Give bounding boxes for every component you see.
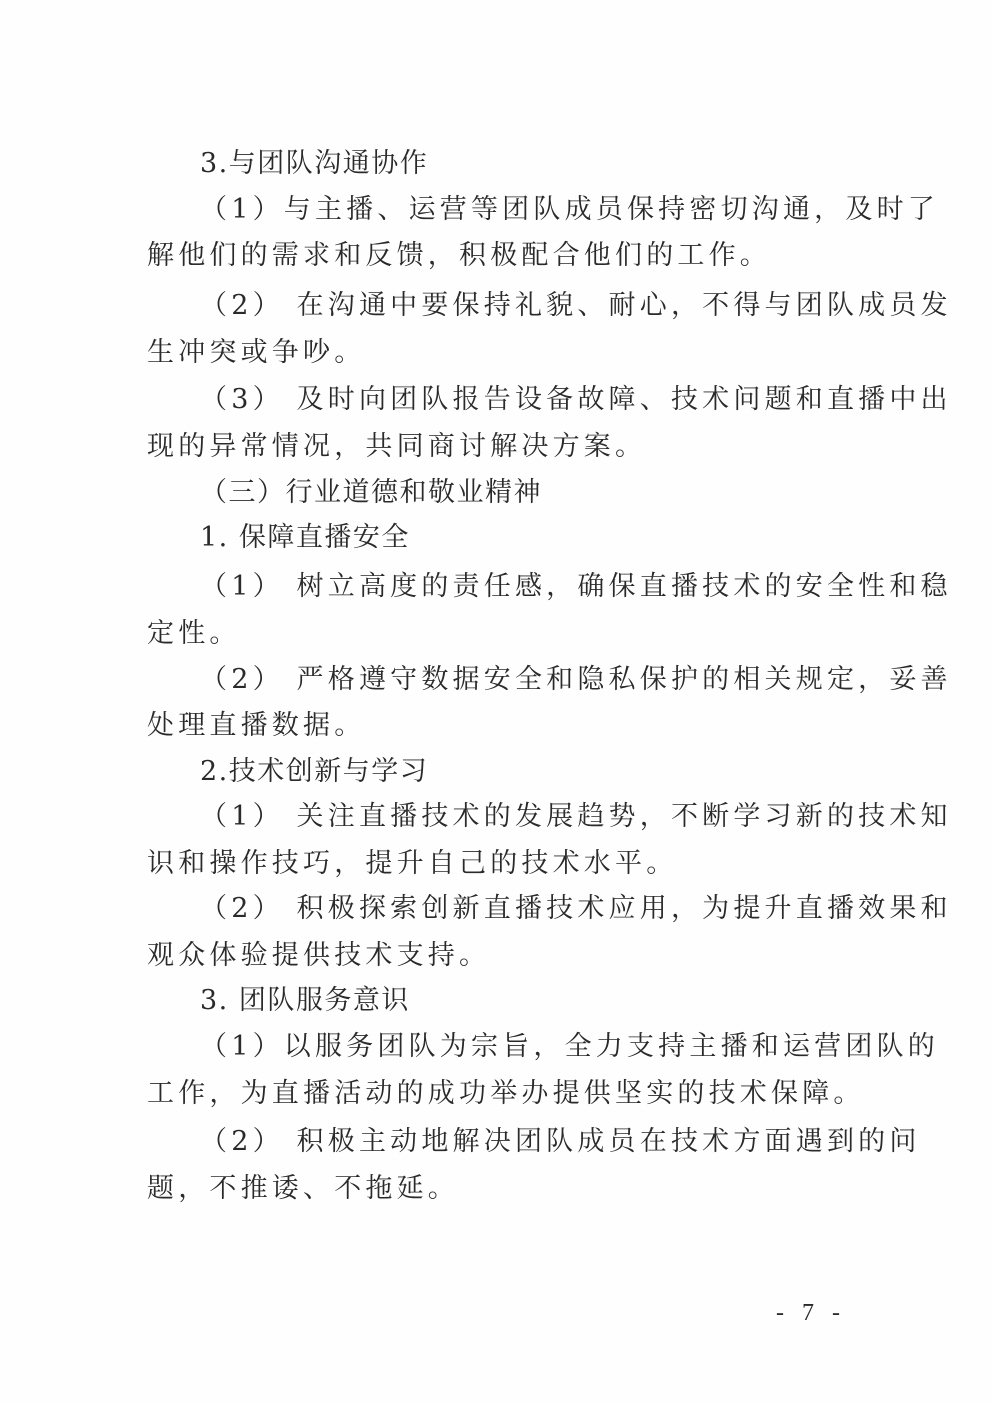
paragraph-line: 工作，为直播活动的成功举办提供坚实的技术保障。 [147,1078,865,1110]
paragraph-line: 定性。 [147,618,241,650]
page-number: - 7 - [776,1300,846,1327]
paragraph-line: （1） 关注直播技术的发展趋势，不断学习新的技术知 [200,801,952,833]
paragraph-line: 识和操作技巧，提升自己的技术水平。 [147,848,677,880]
paragraph-line: 题，不推诿、不拖延。 [147,1173,459,1205]
paragraph-line: （2） 积极探索创新直播技术应用，为提升直播效果和 [200,893,952,925]
paragraph-line: （1）以服务团队为宗旨，全力支持主播和运营团队的 [200,1031,939,1063]
section-heading-ethics: （三）行业道德和敬业精神 [200,477,542,509]
paragraph-line: 处理直播数据。 [147,710,365,742]
subsection-heading-innovation: 2.技术创新与学习 [200,756,428,788]
paragraph-line: 观众体验提供技术支持。 [147,940,490,972]
paragraph-line: （1）与主播、运营等团队成员保持密切沟通，及时了 [200,194,939,226]
paragraph-line: 生冲突或争吵。 [147,337,365,369]
paragraph-line: （2） 在沟通中要保持礼貌、耐心，不得与团队成员发 [200,290,952,322]
paragraph-line: （2） 严格遵守数据安全和隐私保护的相关规定，妥善 [200,664,952,696]
subsection-heading-live-safety: 1. 保障直播安全 [200,522,410,554]
paragraph-line: 解他们的需求和反馈，积极配合他们的工作。 [147,240,771,272]
paragraph-line: （1） 树立高度的责任感，确保直播技术的安全性和稳 [200,571,952,603]
paragraph-line: （2） 积极主动地解决团队成员在技术方面遇到的问 [200,1126,921,1158]
subsection-heading-service: 3. 团队服务意识 [200,985,410,1017]
section-heading-team-communication: 3.与团队沟通协作 [200,148,428,180]
document-page: 3.与团队沟通协作 （1）与主播、运营等团队成员保持密切沟通，及时了 解他们的需… [0,0,992,1403]
paragraph-line: （3） 及时向团队报告设备故障、技术问题和直播中出 [200,384,952,416]
paragraph-line: 现的异常情况，共同商讨解决方案。 [147,431,646,463]
